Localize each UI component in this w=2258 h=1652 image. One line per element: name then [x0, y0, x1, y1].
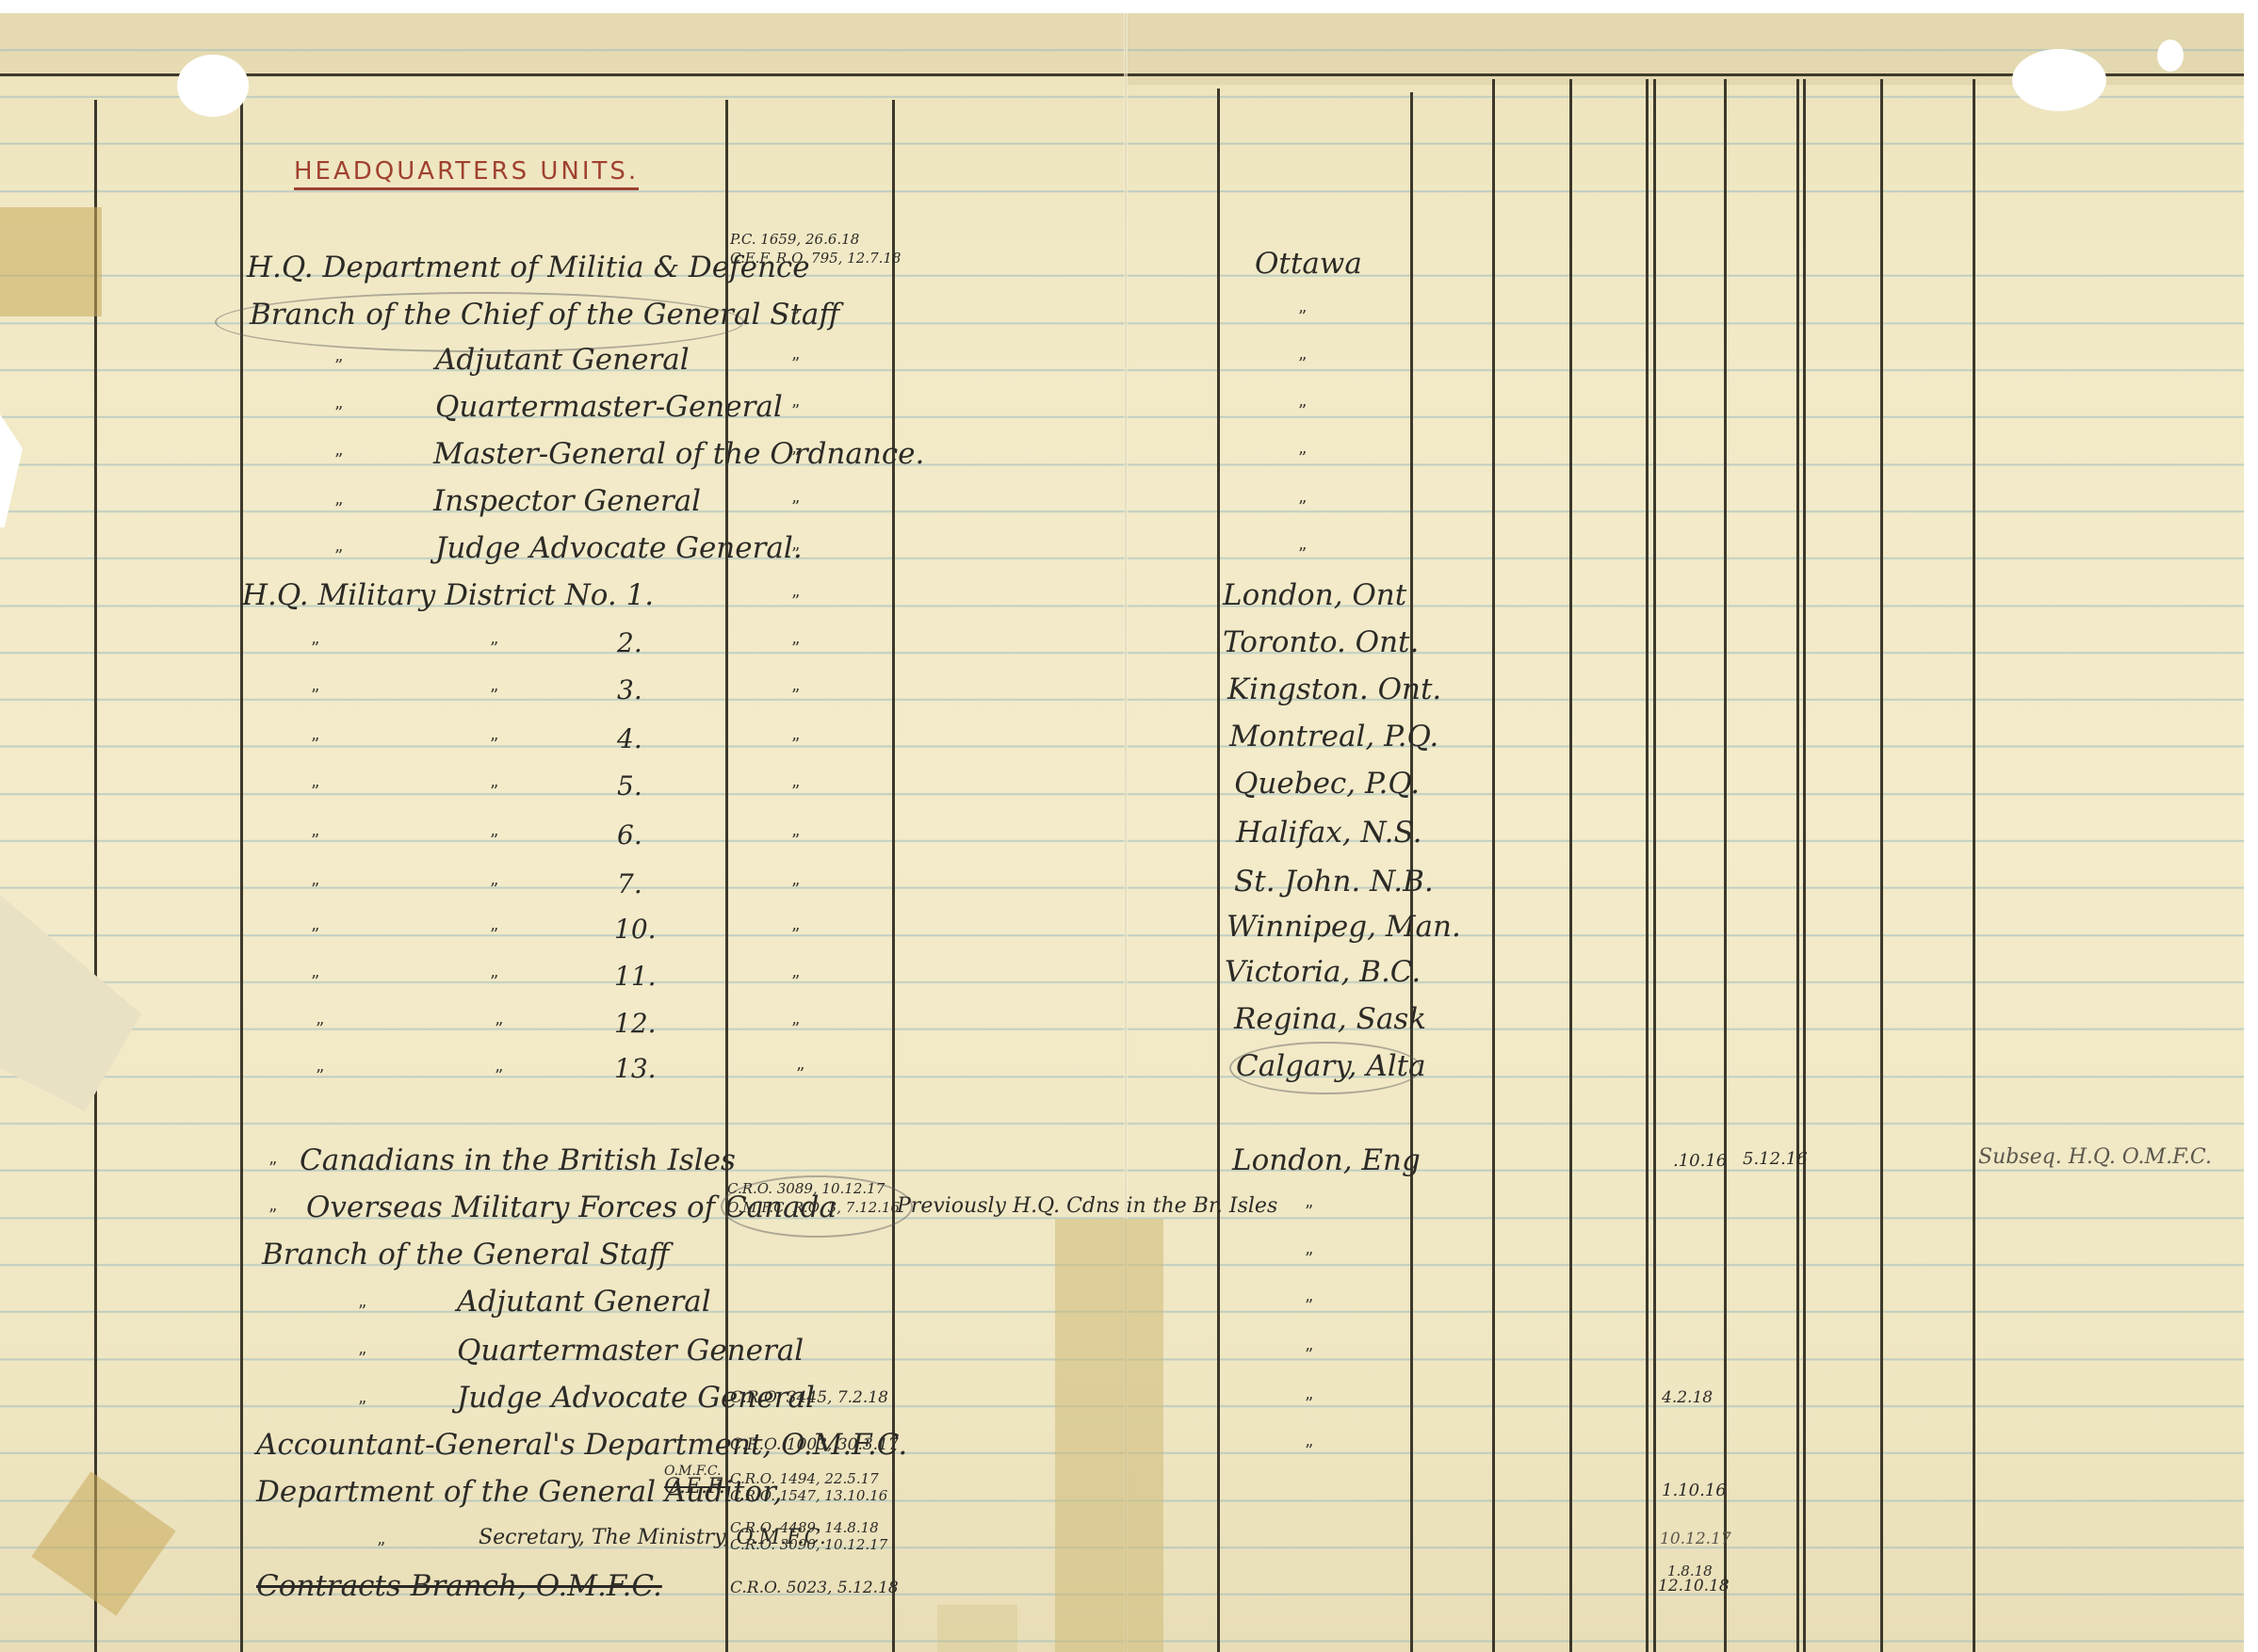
notes: Subseq. H.Q. O.M.F.C. [1978, 1145, 2212, 1169]
unit-name: Quartermaster-General [435, 390, 783, 424]
district-number: 10. [614, 914, 657, 945]
mending-tape-strip [1055, 1219, 1163, 1652]
district-number: 11. [614, 961, 657, 992]
punch-hole [2157, 40, 2184, 72]
column-rule [1973, 79, 1975, 1652]
column-rule [892, 100, 895, 1652]
column-rule [1569, 79, 1572, 1652]
ditto-mark: ” [311, 686, 319, 705]
ditto-mark: ” [490, 735, 498, 754]
ditto-mark: ” [358, 1349, 366, 1369]
right-margin [2244, 0, 2258, 1652]
ditto-mark: ” [791, 735, 800, 754]
location: Calgary, Alta [1236, 1049, 1426, 1083]
ditto-mark: ” [1298, 307, 1307, 327]
column-rule [1803, 79, 1806, 1652]
ditto-mark: ” [791, 925, 800, 945]
ditto-mark: ” [334, 450, 343, 470]
authority-ref: C.R.O. 4489, 14.8.18 [730, 1520, 879, 1536]
ditto-mark: ” [316, 1019, 324, 1039]
authority-ref: C.R.O. 1547, 13.10.16 [730, 1488, 887, 1504]
ditto-mark: ” [791, 401, 800, 421]
district-number: 5. [617, 770, 642, 802]
location: Regina, Sask [1234, 1002, 1426, 1036]
ditto-mark: ” [791, 497, 800, 517]
district-number: 13. [614, 1053, 657, 1084]
ditto-mark: ” [791, 880, 800, 899]
ditto-mark: ” [1305, 1441, 1313, 1461]
ditto-mark: ” [490, 831, 498, 850]
column-rule [1646, 79, 1649, 1652]
authority-ref: O.M.F.C. R.O. 3, 7.12.16 [727, 1200, 900, 1216]
unit-name: Judge Advocate General. [435, 531, 803, 565]
ditto-mark: ” [490, 782, 498, 802]
ditto-mark: ” [490, 639, 498, 658]
location: Quebec, P.Q. [1234, 767, 1420, 801]
location: Kingston. Ont. [1227, 672, 1441, 706]
location: Toronto. Ont. [1223, 625, 1419, 659]
column-rule [1653, 79, 1656, 1652]
unit-name: Canadians in the British Isles [300, 1143, 736, 1177]
date-a: .10.16 [1673, 1153, 1727, 1169]
unit-name: Inspector General [433, 484, 701, 518]
ditto-mark: ” [311, 735, 319, 754]
ditto-mark: ” [1305, 1394, 1313, 1414]
ledger-sheet: HEADQUARTERS UNITS. H.Q. Department of M… [0, 13, 2244, 1652]
location: Montreal, P.Q. [1229, 720, 1438, 753]
district-number: 12. [614, 1008, 657, 1039]
ditto-mark: ” [311, 782, 319, 802]
unit-name: H.Q. Military District No. 1. [242, 578, 654, 612]
ditto-mark: ” [791, 686, 800, 705]
district-number: 3. [617, 674, 642, 705]
punch-hole [2012, 49, 2106, 111]
location: London, Eng [1232, 1143, 1421, 1177]
location: London, Ont [1223, 578, 1406, 612]
ditto-mark: ” [791, 544, 800, 564]
unit-name: Master-General of the Ordnance. [433, 437, 924, 471]
header-rule [0, 73, 2244, 76]
ditto-mark: ” [358, 1398, 366, 1417]
column-rule [1217, 89, 1220, 1652]
ditto-mark: ” [791, 1019, 800, 1039]
ditto-mark: ” [791, 448, 800, 468]
district-number: 7. [617, 868, 642, 899]
ditto-mark: ” [1298, 448, 1307, 468]
ditto-mark: ” [334, 546, 343, 566]
unit-name: Quartermaster General [457, 1334, 804, 1368]
location: Halifax, N.S. [1236, 816, 1421, 850]
ditto-mark: ” [311, 972, 319, 992]
ditto-mark: ” [791, 831, 800, 850]
ditto-mark: ” [1298, 544, 1307, 564]
column-rule [94, 100, 97, 1652]
ditto-mark: ” [311, 831, 319, 850]
ditto-mark: ” [1305, 1202, 1313, 1222]
ditto-mark: ” [268, 1158, 277, 1178]
authority-ref: C.R.O. 5023, 5.12.18 [730, 1580, 899, 1596]
district-number: 2. [617, 627, 642, 658]
authority-ref: P.C. 1659, 26.6.18 [730, 232, 859, 248]
date-a: 10.12.17 [1660, 1531, 1731, 1547]
ditto-mark: ” [791, 972, 800, 992]
date-a: 4.2.18 [1662, 1390, 1713, 1406]
authority-ref: C.R.O. 3445, 7.2.18 [730, 1390, 888, 1406]
tape-patch [0, 207, 102, 316]
mending-tape-strip [937, 1605, 1017, 1652]
location: Ottawa [1255, 247, 1362, 281]
ditto-mark: ” [490, 972, 498, 992]
ditto-mark: ” [791, 354, 800, 374]
ditto-mark: ” [358, 1302, 366, 1321]
ditto-mark: ” [791, 591, 800, 611]
remarks: Previously H.Q. Cdns in the Br. Isles [897, 1194, 1277, 1218]
authority-ref: C.R.O. 1494, 22.5.17 [730, 1471, 879, 1487]
ditto-mark: ” [334, 499, 343, 519]
ditto-mark: ” [1305, 1249, 1313, 1269]
authority-ref: C.R.O. 3089, 10.12.17 [727, 1181, 885, 1197]
unit-name: Branch of the Chief of the General Staff [250, 298, 839, 332]
authority-ref: C.E.F. R.O. 795, 12.7.18 [730, 251, 901, 267]
authority-ref: C.R.O. 3090, 10.12.17 [730, 1537, 887, 1553]
ditto-mark: ” [316, 1066, 324, 1086]
date-a: 1.10.16 [1662, 1482, 1727, 1498]
unit-name: Adjutant General [435, 343, 690, 377]
district-number: 4. [617, 723, 642, 754]
unit-name: Branch of the General Staff [262, 1238, 669, 1271]
ditto-mark: ” [490, 686, 498, 705]
ditto-mark: ” [334, 356, 343, 376]
ditto-mark: ” [495, 1019, 503, 1039]
district-number: 6. [617, 819, 642, 850]
date-a: 12.10.18 [1658, 1579, 1730, 1595]
ditto-mark: ” [377, 1539, 385, 1559]
unit-name: Adjutant General [457, 1285, 711, 1319]
unit-name: H.Q. Department of Militia & Defence [247, 251, 810, 284]
location: Winnipeg, Man. [1226, 910, 1461, 944]
ditto-mark: ” [490, 925, 498, 945]
correction-text: O.M.F.C. [664, 1464, 722, 1479]
ditto-mark: ” [490, 880, 498, 899]
ditto-mark: ” [1298, 497, 1307, 517]
ditto-mark: ” [311, 880, 319, 899]
column-rule [1796, 79, 1799, 1652]
ditto-mark: ” [791, 307, 800, 327]
location: Victoria, B.C. [1225, 955, 1421, 989]
authority-ref: C.R.O. 1003, 30.3.17 [730, 1437, 899, 1453]
ditto-mark: ” [268, 1206, 277, 1225]
ditto-mark: ” [791, 782, 800, 802]
ditto-mark: ” [1305, 1345, 1313, 1365]
ditto-mark: ” [334, 403, 343, 423]
ditto-mark: ” [1298, 401, 1307, 421]
ditto-mark: ” [1305, 1296, 1313, 1316]
date-b: 5.12.16 [1743, 1151, 1808, 1167]
column-rule [1880, 79, 1883, 1652]
column-rule [1724, 79, 1727, 1652]
punch-hole [177, 55, 249, 117]
column-rule [1492, 79, 1495, 1652]
ditto-mark: ” [791, 639, 800, 658]
ditto-mark: ” [495, 1066, 503, 1086]
location: St. John. N.B. [1234, 865, 1434, 899]
ditto-mark: ” [796, 1064, 804, 1084]
ditto-mark: ” [1298, 354, 1307, 374]
ditto-mark: ” [311, 639, 319, 658]
ditto-mark: ” [311, 925, 319, 945]
struck-unit-name: Contracts Branch, O.M.F.C. [256, 1569, 662, 1603]
page-title: HEADQUARTERS UNITS. [294, 157, 639, 190]
